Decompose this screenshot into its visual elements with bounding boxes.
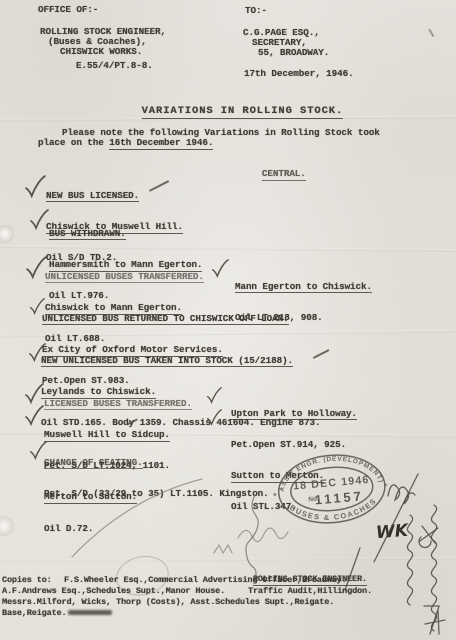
office-line: CHISWICK WORKS.	[60, 47, 142, 57]
entry-heading: NEW BUS LICENSED.	[46, 191, 183, 201]
checkmark-icon	[29, 206, 49, 232]
ink-vertical-scribble	[407, 515, 412, 605]
entry-route: Mann Egerton to Chiswick.	[235, 282, 372, 292]
entry-heading-text: BUS WITHDRAWN.	[49, 228, 126, 241]
document-title: VARIATIONS IN ROLLING STOCK.	[113, 96, 343, 127]
checkmark-icon	[24, 174, 46, 198]
entry-heading-text: NEW BUS LICENSED.	[46, 190, 139, 203]
document-title-text: VARIATIONS IN ROLLING STOCK.	[142, 105, 344, 119]
ink-crossout	[419, 526, 438, 547]
intro-date-underlined: 16th December 1946.	[109, 137, 213, 150]
checkmark-icon	[24, 404, 44, 426]
checkmark-icon	[24, 381, 44, 405]
entry-detail: Pet. S/D (33/29 to 35) LT.1105. Kingston…	[44, 489, 269, 499]
intro-line-prefix: place on the	[38, 137, 109, 148]
to-label: TO:-	[245, 6, 267, 16]
entry-heading-text: UNLICENSED BUS RETURNED TO CHISWICK OFF …	[42, 313, 289, 326]
office-of-label: OFFICE OF:-	[38, 5, 98, 15]
reference-number: E.55/4/PT.8-8.	[76, 61, 153, 71]
entry-heading-text: CHANGE OF SEATING.	[44, 457, 143, 470]
entry-heading: NEW UNLICENSED BUS TAKEN INTO STOCK (15/…	[41, 356, 320, 366]
entry-heading-text: UNLICENSED BUSES TRANSFERRED.	[45, 271, 204, 284]
copies-line: Traffic Audit,Hillingdon.	[248, 586, 372, 596]
entry-heading: UNLICENSED BUS RETURNED TO CHISWICK OFF …	[42, 314, 289, 324]
paper-crease	[0, 557, 456, 562]
section-heading-text: CENTRAL.	[262, 168, 306, 181]
pencil-slash-mark	[429, 29, 435, 38]
copies-to-label: Copies to:	[2, 575, 52, 585]
punch-hole-mark	[0, 516, 14, 536]
entry-heading: BUS WITHDRAWN.	[49, 229, 202, 239]
handwritten-initials: WK	[375, 521, 408, 543]
entry-heading: CHANGE OF SEATING.	[44, 458, 269, 468]
section-heading: CENTRAL.	[240, 159, 306, 190]
entry-detail: Oil D.72.	[44, 524, 192, 534]
checkmark-icon	[29, 290, 45, 322]
pencil-zigzag	[214, 545, 232, 553]
ink-vertical-scribble	[431, 505, 436, 631]
punch-hole-mark	[0, 225, 14, 243]
checkmark-icon	[28, 338, 46, 366]
entry-heading: UNLICENSED BUSES TRANSFERRED.	[45, 272, 204, 282]
copies-line: F.S.Wheeler Esq.,Commercial Advertising …	[64, 575, 347, 585]
checkmark-icon	[211, 258, 229, 278]
entry-heading-text: NEW UNLICENSED BUS TAKEN INTO STOCK (15/…	[41, 355, 293, 368]
ink-bottom-mark	[424, 606, 445, 634]
copies-line: Messrs.Milford, Wicks, Thorp (Costs), As…	[2, 597, 334, 607]
letter-date: 17th December, 1946.	[244, 69, 354, 79]
copies-line: Base,Reigate.	[2, 608, 66, 618]
stamp-star-left: *	[273, 490, 278, 500]
entry-route-text: Upton Park to Holloway.	[231, 408, 357, 421]
checkmark-icon	[206, 405, 222, 429]
copies-line: A.F.Andrews Esq.,Schedules Supt.,Manor H…	[2, 586, 225, 596]
entry-heading-text: LICENSED BUSES TRANSFERRED.	[44, 398, 192, 411]
document-page: OFFICE OF:- ROLLING STOCK ENGINEER, (Bus…	[0, 0, 456, 640]
stamp-star-right: *	[384, 481, 389, 491]
entry-route-text: Mann Egerton to Chiswick.	[235, 281, 372, 294]
ink-smudge	[68, 610, 112, 615]
checkmark-icon	[29, 438, 47, 462]
checkmark-icon	[25, 253, 47, 281]
entry-heading: LICENSED BUSES TRANSFERRED.	[44, 399, 192, 409]
recipient-line: 55, BROADWAY.	[258, 48, 329, 58]
entry-change-of-seating: CHANGE OF SEATING. Pet. S/D (33/29 to 35…	[44, 437, 269, 520]
entry-route: Upton Park to Holloway.	[231, 409, 357, 419]
intro-line: place on the 16th December 1946.	[38, 138, 213, 148]
